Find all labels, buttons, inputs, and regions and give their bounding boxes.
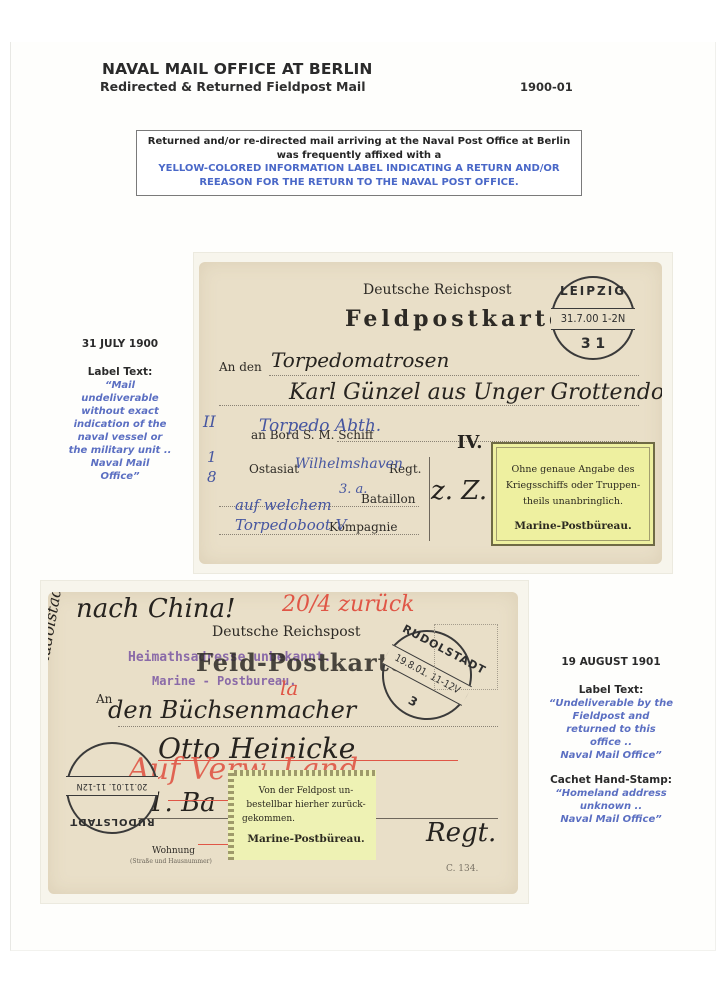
card-1-recipient-name: Karl Günzel aus Unger Grottendorf <box>289 380 662 405</box>
page-subtitle: Redirected & Returned Fieldpost Mail <box>100 79 366 94</box>
card-2-title: Feld-Postkarte <box>196 648 406 677</box>
intro-line-1: Returned and/or re-directed mail arrivin… <box>137 135 581 149</box>
postmark-town: LEIPZIG <box>553 284 633 298</box>
card-1-hand-port: Wilhelmshaven <box>295 456 403 472</box>
item-1-quote-line: without exact <box>56 405 184 418</box>
item-1-annotation: 31 JULY 1900 Label Text: “Mail undeliver… <box>56 338 184 483</box>
intro-line-4: REEASON FOR THE RETURN TO THE NAVAL POST… <box>137 176 581 190</box>
item-2-cachet-line: “Homeland address <box>536 787 686 800</box>
card-2-cachet-line-2: Marine - Postbureau. <box>152 674 297 688</box>
card-2-regt: Regt. <box>426 818 496 848</box>
label-line: Von der Feldpost un- <box>236 784 376 798</box>
card-1-feldpostkarte[interactable]: Deutsche Reichspost Feldpostkarte An den… <box>199 262 662 564</box>
card-2-header: Deutsche Reichspost <box>212 624 360 640</box>
card-1-field-ostasiat: Ostasiat <box>249 462 299 476</box>
item-2-cachet-line: unknown .. <box>536 800 686 813</box>
card-1-hand-auf-welchem: auf welchem <box>235 496 332 514</box>
item-2-quote-line: Fieldpost and <box>536 710 686 723</box>
item-1-label-heading: Label Text: <box>56 366 184 379</box>
card-2-recipient-line-1: den Büchsenmacher <box>108 696 356 724</box>
card-2-unit: 1. Ba <box>148 788 216 818</box>
intro-box: Returned and/or re-directed mail arrivin… <box>136 130 582 196</box>
intro-line-3: YELLOW-COLORED INFORMATION LABEL INDICAT… <box>137 162 581 176</box>
postmark-town: RUDOLSTADT <box>68 816 156 827</box>
item-1-quote-line: Office” <box>56 470 184 483</box>
item-2-quote-line: returned to this <box>536 723 686 736</box>
card-2-wohnung: Wohnung <box>152 846 195 856</box>
item-2-date: 19 AUGUST 1901 <box>536 656 686 669</box>
item-1-quote-line: Naval Mail <box>56 457 184 470</box>
postmark-date: 20.11.01. 11-12N <box>66 776 158 796</box>
card-1-hand-8: 8 <box>207 468 217 486</box>
item-2-quote-line: Naval Mail Office” <box>536 749 686 762</box>
card-1-title: Feldpostkarte <box>345 306 567 332</box>
item-2-annotation: 19 AUGUST 1901 Label Text: “Undeliverabl… <box>536 656 686 826</box>
card-2-form-number: C. 134. <box>446 864 478 874</box>
item-2-cachet-line: Naval Mail Office” <box>536 813 686 826</box>
card-2-wohnung-sub: (Straße und Hausnummer) <box>130 858 212 865</box>
card-2-stamp-box <box>434 624 498 690</box>
item-1-quote-line: “Mail <box>56 379 184 392</box>
card-1-info-label: Ohne genaue Angabe des Kriegsschiffs ode… <box>491 442 655 546</box>
card-1-hand-1: 1 <box>207 448 217 466</box>
page-title: NAVAL MAIL OFFICE AT BERLIN <box>102 60 372 78</box>
card-1-hand-II: II <box>203 412 216 431</box>
card-1-hand-3a: 3. a. <box>339 482 367 497</box>
card-2-feldpostkarte[interactable]: nach China! 20/4 zurück Deutsche Reichsp… <box>48 592 518 894</box>
card-1-field-bataillon: Bataillon <box>361 492 415 506</box>
label-line: gekommen. <box>236 812 376 826</box>
intro-line-2: was frequently affixed with a <box>137 149 581 163</box>
card-1-hand-IV: IV. <box>457 432 483 453</box>
item-1-date: 31 JULY 1900 <box>56 338 184 351</box>
card-1-recipient-rank: Torpedomatrosen <box>271 348 449 372</box>
card-1-hand-zz: z. Z. <box>431 476 487 506</box>
card-1-an-den: An den <box>219 360 262 374</box>
card-2-note-red: 20/4 zurück <box>282 592 415 617</box>
card-1-header: Deutsche Reichspost <box>363 282 511 298</box>
item-1-quote-line: the military unit .. <box>56 444 184 457</box>
card-2-info-label: Von der Feldpost un- bestellbar hierher … <box>228 770 376 860</box>
page-reference: 1900-01 <box>520 80 573 94</box>
card-1-hand-torpedoboot: Torpedoboot V <box>235 516 346 534</box>
card-1-hand-torpedo: Torpedo Abth. <box>259 416 381 436</box>
card-2-side-note: Abs.: Ramold, Rudolstadt <box>48 592 66 785</box>
card-1-postmark: LEIPZIG 31.7.00 1-2N 3 1 <box>551 276 635 360</box>
label-signature: Marine-Postbüreau. <box>236 832 376 846</box>
item-2-quote-line: “Undeliverable by the <box>536 697 686 710</box>
postmark-number: 3 1 <box>553 336 633 352</box>
item-1-quote-line: naval vessel or <box>56 431 184 444</box>
item-1-quote-line: undeliverable <box>56 392 184 405</box>
item-1-quote-line: indication of the <box>56 418 184 431</box>
item-2-quote-line: office .. <box>536 736 686 749</box>
label-line: bestellbar hierher zurück- <box>236 798 376 812</box>
card-2-postmark-2: RUDOLSTADT 20.11.01. 11-12N <box>66 742 158 834</box>
item-2-label-heading: Label Text: <box>536 684 686 697</box>
item-2-cachet-heading: Cachet Hand-Stamp: <box>536 774 686 787</box>
postmark-date: 31.7.00 1-2N <box>551 308 635 330</box>
card-2-note-china: nach China! <box>76 594 235 624</box>
